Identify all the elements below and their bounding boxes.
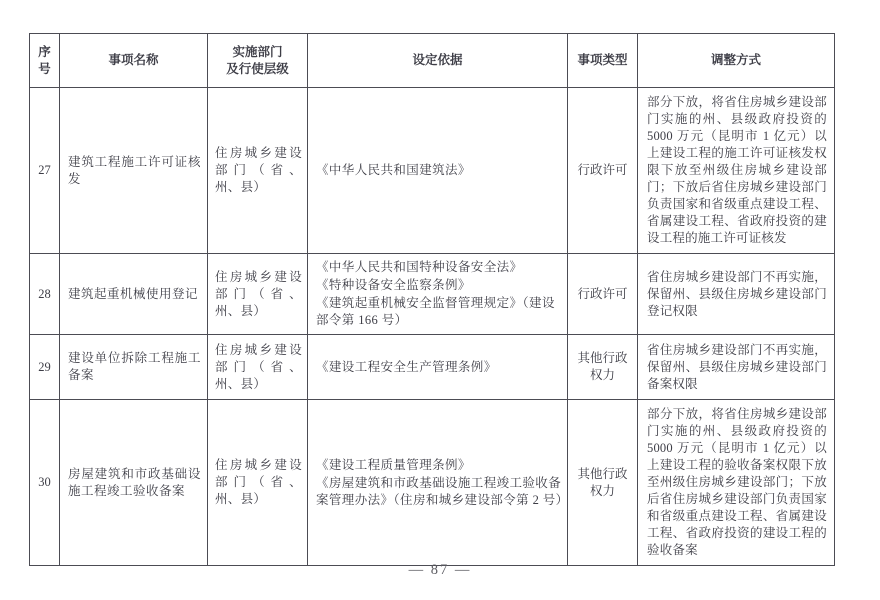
cell-item-type: 其他行政权力 bbox=[568, 335, 638, 400]
cell-basis: 《中华人民共和国特种设备安全法》 《特种设备安全监察条例》 《建筑起重机械安全监… bbox=[308, 254, 568, 335]
cell-adjustment: 省住房城乡建设部门不再实施，保留州、县级住房城乡建设部门备案权限 bbox=[638, 335, 835, 400]
cell-item-name: 建筑工程施工许可证核发 bbox=[60, 88, 208, 254]
cell-basis: 《建设工程安全生产管理条例》 bbox=[308, 335, 568, 400]
administrative-items-table: 序 号 事项名称 实施部门 及行使层级 设定依据 事项类型 调整方式 27 建筑… bbox=[29, 33, 835, 566]
basis-line: 《房屋建筑和市政基础设施工程竣工验收备案管理办法》（住房和城乡建设部令第 2 号… bbox=[316, 475, 563, 509]
col-header-item-name: 事项名称 bbox=[60, 34, 208, 88]
basis-line: 《特种设备安全监察条例》 bbox=[316, 277, 563, 294]
table-header-row: 序 号 事项名称 实施部门 及行使层级 设定依据 事项类型 调整方式 bbox=[30, 34, 835, 88]
cell-serial: 28 bbox=[30, 254, 60, 335]
cell-serial: 30 bbox=[30, 400, 60, 566]
cell-item-name: 房屋建筑和市政基础设施工程竣工验收备案 bbox=[60, 400, 208, 566]
cell-item-type: 行政许可 bbox=[568, 88, 638, 254]
cell-adjustment: 省住房城乡建设部门不再实施，保留州、县级住房城乡建设部门登记权限 bbox=[638, 254, 835, 335]
cell-department: 住房城乡建设部门（省、州、县） bbox=[208, 88, 308, 254]
cell-department: 住房城乡建设部门（省、州、县） bbox=[208, 335, 308, 400]
basis-line: 《建筑起重机械安全监督管理规定》（建设部令第 166 号） bbox=[316, 295, 563, 329]
col-header-serial: 序 号 bbox=[30, 34, 60, 88]
cell-basis: 《中华人民共和国建筑法》 bbox=[308, 88, 568, 254]
basis-line: 《建设工程安全生产管理条例》 bbox=[316, 359, 563, 376]
col-header-adjustment: 调整方式 bbox=[638, 34, 835, 88]
page-number: — 87 — bbox=[0, 562, 880, 579]
document-page: 序 号 事项名称 实施部门 及行使层级 设定依据 事项类型 调整方式 27 建筑… bbox=[0, 0, 880, 600]
table-row: 29 建设单位拆除工程施工备案 住房城乡建设部门（省、州、县） 《建设工程安全生… bbox=[30, 335, 835, 400]
table-row: 27 建筑工程施工许可证核发 住房城乡建设部门（省、州、县） 《中华人民共和国建… bbox=[30, 88, 835, 254]
basis-line: 《中华人民共和国特种设备安全法》 bbox=[316, 259, 563, 276]
cell-serial: 27 bbox=[30, 88, 60, 254]
table-row: 28 建筑起重机械使用登记 住房城乡建设部门（省、州、县） 《中华人民共和国特种… bbox=[30, 254, 835, 335]
basis-line: 《建设工程质量管理条例》 bbox=[316, 457, 563, 474]
cell-item-type: 行政许可 bbox=[568, 254, 638, 335]
cell-basis: 《建设工程质量管理条例》 《房屋建筑和市政基础设施工程竣工验收备案管理办法》（住… bbox=[308, 400, 568, 566]
cell-serial: 29 bbox=[30, 335, 60, 400]
cell-adjustment: 部分下放，将省住房城乡建设部门实施的州、县级政府投资的 5000 万元（昆明市 … bbox=[638, 400, 835, 566]
cell-department: 住房城乡建设部门（省、州、县） bbox=[208, 254, 308, 335]
cell-item-name: 建筑起重机械使用登记 bbox=[60, 254, 208, 335]
table-row: 30 房屋建筑和市政基础设施工程竣工验收备案 住房城乡建设部门（省、州、县） 《… bbox=[30, 400, 835, 566]
col-header-basis: 设定依据 bbox=[308, 34, 568, 88]
cell-item-name: 建设单位拆除工程施工备案 bbox=[60, 335, 208, 400]
cell-item-type: 其他行政权力 bbox=[568, 400, 638, 566]
col-header-department: 实施部门 及行使层级 bbox=[208, 34, 308, 88]
cell-adjustment: 部分下放，将省住房城乡建设部门实施的州、县级政府投资的 5000 万元（昆明市 … bbox=[638, 88, 835, 254]
cell-department: 住房城乡建设部门（省、州、县） bbox=[208, 400, 308, 566]
basis-line: 《中华人民共和国建筑法》 bbox=[316, 162, 563, 179]
col-header-item-type: 事项类型 bbox=[568, 34, 638, 88]
